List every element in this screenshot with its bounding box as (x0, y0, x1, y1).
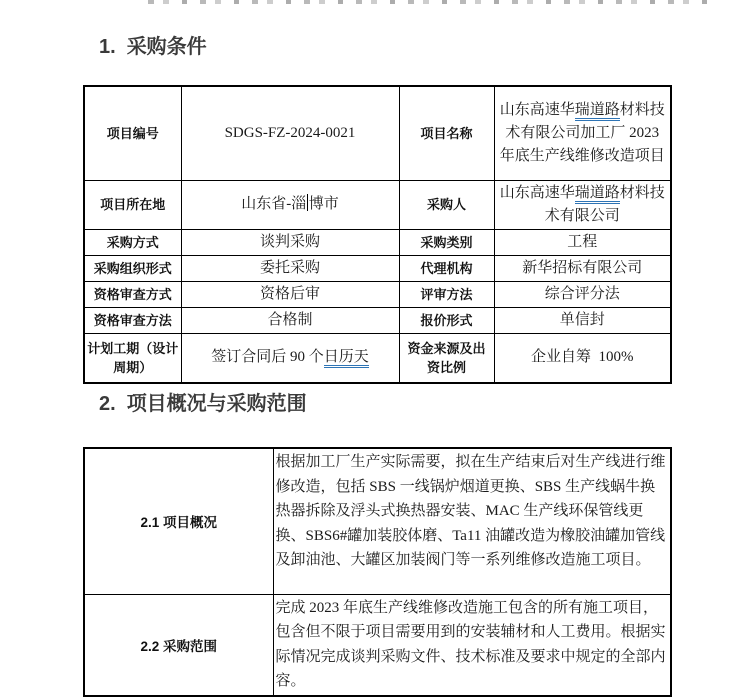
spellcheck-underlined-text: 瑞道路 (575, 102, 620, 121)
section-title: 项目概况与采购范围 (127, 393, 307, 415)
label-cell: 评审方法 (399, 281, 494, 307)
table-row: 2.2 采购范围 完成 2023 年底生产线维修改造施工包含的所有施工项目，包含… (84, 594, 671, 696)
label-cell: 资金来源及出资比例 (399, 333, 494, 383)
value-cell-purchaser: 山东高速华瑞道路材料技术有限公司 (494, 180, 671, 229)
section-2-heading: 2.项目概况与采购范围 (99, 392, 307, 416)
label-cell: 资格审查方式 (84, 281, 181, 307)
value-cell-planned-duration: 签订合同后 90 个日历天 (181, 333, 399, 383)
label-cell: 项目名称 (399, 86, 494, 180)
value-cell-procurement-category: 工程 (494, 229, 671, 255)
label-cell: 报价形式 (399, 307, 494, 333)
table-row: 资格审查方法 合格制 报价形式 单信封 (84, 307, 671, 333)
label-cell: 采购人 (399, 180, 494, 229)
value-cell-agency: 新华招标有限公司 (494, 255, 671, 281)
value-cell-project-overview-text: 根据加工厂生产实际需要，拟在生产结束后对生产线进行维修改造，包括 SBS 一线锅… (273, 448, 671, 594)
value-cell-quotation-form: 单信封 (494, 307, 671, 333)
document-page: { "colors": { "border": "#000000", "text… (0, 0, 752, 697)
section-number: 1. (99, 36, 116, 58)
spellcheck-underlined-text: 日历天 (324, 349, 369, 368)
label-cell: 采购组织形式 (84, 255, 181, 281)
value-cell-procurement-scope-text: 完成 2023 年底生产线维修改造施工包含的所有施工项目，包含但不限于项目需要用… (273, 594, 671, 696)
value-text: 山东省-淄 (241, 196, 306, 212)
value-cell-project-location[interactable]: 山东省-淄博市 (181, 180, 399, 229)
label-cell: 计划工期（设计周期） (84, 333, 181, 383)
procurement-conditions-table: 项目编号 SDGS-FZ-2024-0021 项目名称 山东高速华瑞道路材料技术… (83, 85, 672, 384)
section-1-heading: 1.采购条件 (99, 35, 207, 59)
value-cell-project-number: SDGS-FZ-2024-0021 (181, 86, 399, 180)
table-row: 2.1 项目概况 根据加工厂生产实际需要，拟在生产结束后对生产线进行维修改造，包… (84, 448, 671, 594)
section-number: 2. (99, 393, 116, 415)
label-cell: 采购方式 (84, 229, 181, 255)
value-cell-qualification-system: 合格制 (181, 307, 399, 333)
label-cell: 项目所在地 (84, 180, 181, 229)
value-text: 山东高速华 (500, 102, 575, 118)
value-text: 博市 (309, 196, 339, 212)
value-cell-project-name: 山东高速华瑞道路材料技术有限公司加工厂 2023 年底生产线维修改造项目 (494, 86, 671, 180)
table-row: 采购方式 谈判采购 采购类别 工程 (84, 229, 671, 255)
table-row: 计划工期（设计周期） 签订合同后 90 个日历天 资金来源及出资比例 企业自筹 … (84, 333, 671, 383)
value-text: 签订合同后 90 个 (211, 349, 324, 365)
value-cell-qualification-review-method: 资格后审 (181, 281, 399, 307)
label-cell: 资格审查方法 (84, 307, 181, 333)
table-row: 项目所在地 山东省-淄博市 采购人 山东高速华瑞道路材料技术有限公司 (84, 180, 671, 229)
label-cell-procurement-scope: 2.2 采购范围 (84, 594, 273, 696)
label-cell: 项目编号 (84, 86, 181, 180)
table-row: 采购组织形式 委托采购 代理机构 新华招标有限公司 (84, 255, 671, 281)
spellcheck-underlined-text: 瑞道路 (575, 185, 620, 204)
label-cell: 代理机构 (399, 255, 494, 281)
table-row: 项目编号 SDGS-FZ-2024-0021 项目名称 山东高速华瑞道路材料技术… (84, 86, 671, 180)
value-cell-funding-source: 企业自筹 100% (494, 333, 671, 383)
value-cell-evaluation-method: 综合评分法 (494, 281, 671, 307)
table-row: 资格审查方式 资格后审 评审方法 综合评分法 (84, 281, 671, 307)
value-text: 山东高速华 (500, 185, 575, 201)
project-overview-table: 2.1 项目概况 根据加工厂生产实际需要，拟在生产结束后对生产线进行维修改造，包… (83, 447, 672, 697)
label-cell-project-overview: 2.1 项目概况 (84, 448, 273, 594)
clipped-top-text-fragments (148, 0, 714, 4)
value-cell-organization-form: 委托采购 (181, 255, 399, 281)
value-cell-procurement-method: 谈判采购 (181, 229, 399, 255)
section-title: 采购条件 (127, 36, 207, 58)
label-cell: 采购类别 (399, 229, 494, 255)
